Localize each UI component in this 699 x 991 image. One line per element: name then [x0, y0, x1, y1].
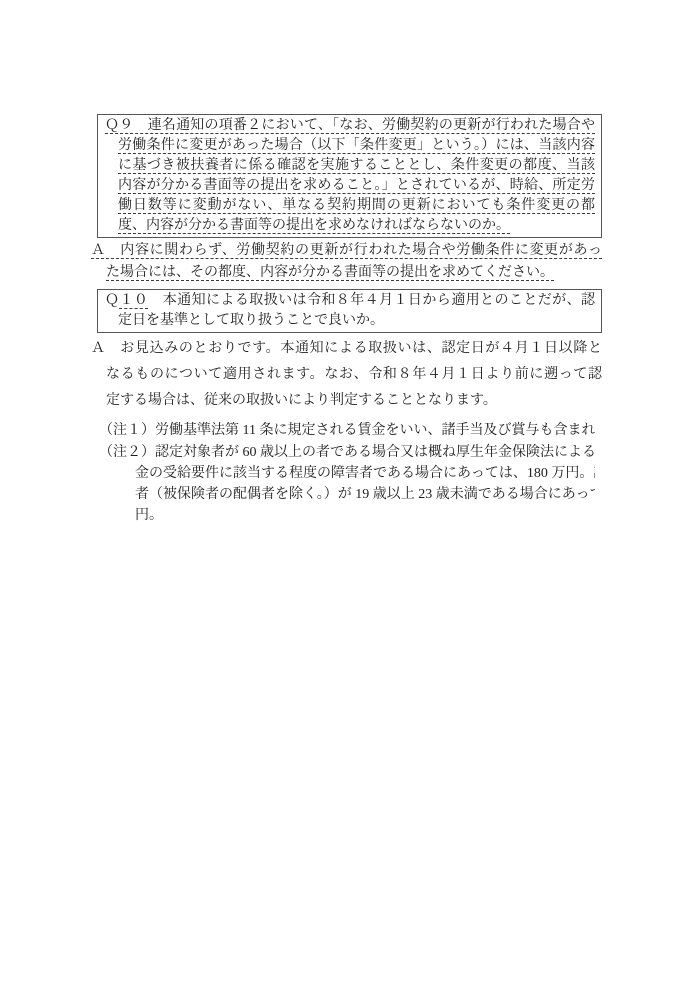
q10-question-line-1-text: 本通知による取扱いは令和８年４月１日から適用とのことだが、認 [148, 293, 595, 308]
note-1: （注１）労働基準法第 11 条に規定される賃金をいい、諸手当及び賞与も含まれる。 [99, 420, 595, 441]
text-line: Ａ 内容に関わらず、労働契約の更新が行われた場合や労働条件に変更があっ [91, 240, 602, 262]
q10-answer-text: Ａ お見込みのとおりです。本通知による取扱いは、認定日が４月１日以降となるものに… [91, 336, 602, 414]
text-line: 働日数等に変動がない、単なる契約期間の更新においても条件変更の都 [105, 196, 595, 216]
text-line: 定する場合は、従来の取扱いにより判定することとなります。 [91, 388, 602, 414]
q10-label-number: １０ [119, 293, 148, 308]
text-line: （注２）認定対象者が 60 歳以上の者である場合又は概ね厚生年金保険法による障害… [99, 442, 595, 463]
text-line: に基づき被扶養者に係る確認を実施することとし、条件変更の都度、当該 [105, 156, 595, 176]
text-line: なるものについて適用されます。なお、令和８年４月１日より前に遡って認 [91, 362, 602, 388]
text-line: Ｑ９ 連名通知の項番２において、「なお、労働契約の更新が行われた場合や [105, 116, 595, 136]
q10-question-box: Ｑ１０ 本通知による取扱いは令和８年４月１日から適用とのことだが、認 定日を基準… [97, 289, 602, 333]
text-line: た場合には、その都度、内容が分かる書面等の提出を求めてください。 [91, 262, 602, 284]
q9-question-box: Ｑ９ 連名通知の項番２において、「なお、労働契約の更新が行われた場合や労働条件に… [97, 114, 602, 238]
qa-content: Ｑ９ 連名通知の項番２において、「なお、労働契約の更新が行われた場合や労働条件に… [91, 114, 602, 526]
q10-label-prefix: Ｑ [105, 293, 119, 308]
q9-question-text: Ｑ９ 連名通知の項番２において、「なお、労働契約の更新が行われた場合や労働条件に… [105, 116, 595, 236]
q10-question-text: Ｑ１０ 本通知による取扱いは令和８年４月１日から適用とのことだが、認 定日を基準… [105, 291, 595, 331]
text-line: 労働条件に変更があった場合（以下「条件変更」という。）には、当該内容 [105, 136, 595, 156]
q10-question-line-1: Ｑ１０ 本通知による取扱いは令和８年４月１日から適用とのことだが、認 [105, 291, 595, 311]
text-line: 金の受給要件に該当する程度の障害者である場合にあっては、180 万円。認定対象 [99, 463, 595, 484]
text-line: 度、内容が分かる書面等の提出を求めなければならないのか。 [105, 216, 595, 236]
text-line: （注１）労働基準法第 11 条に規定される賃金をいい、諸手当及び賞与も含まれる。 [99, 420, 595, 441]
notes-section: （注１）労働基準法第 11 条に規定される賃金をいい、諸手当及び賞与も含まれる。… [99, 420, 595, 526]
text-line: 者（被保険者の配偶者を除く。）が 19 歳以上 23 歳未満である場合にあっては… [99, 484, 595, 505]
q10-question-line-2: 定日を基準として取り扱うことで良いか。 [105, 311, 595, 331]
note-2: （注２）認定対象者が 60 歳以上の者である場合又は概ね厚生年金保険法による障害… [99, 442, 595, 526]
document-page: Ｑ９ 連名通知の項番２において、「なお、労働契約の更新が行われた場合や労働条件に… [0, 0, 699, 991]
text-line: Ａ お見込みのとおりです。本通知による取扱いは、認定日が４月１日以降と [91, 336, 602, 362]
text-line: 内容が分かる書面等の提出を求めること。」とされているが、時給、所定労 [105, 176, 595, 196]
text-line: 円。 [99, 505, 595, 526]
q9-answer-text: Ａ 内容に関わらず、労働契約の更新が行われた場合や労働条件に変更があった場合には… [91, 240, 602, 284]
